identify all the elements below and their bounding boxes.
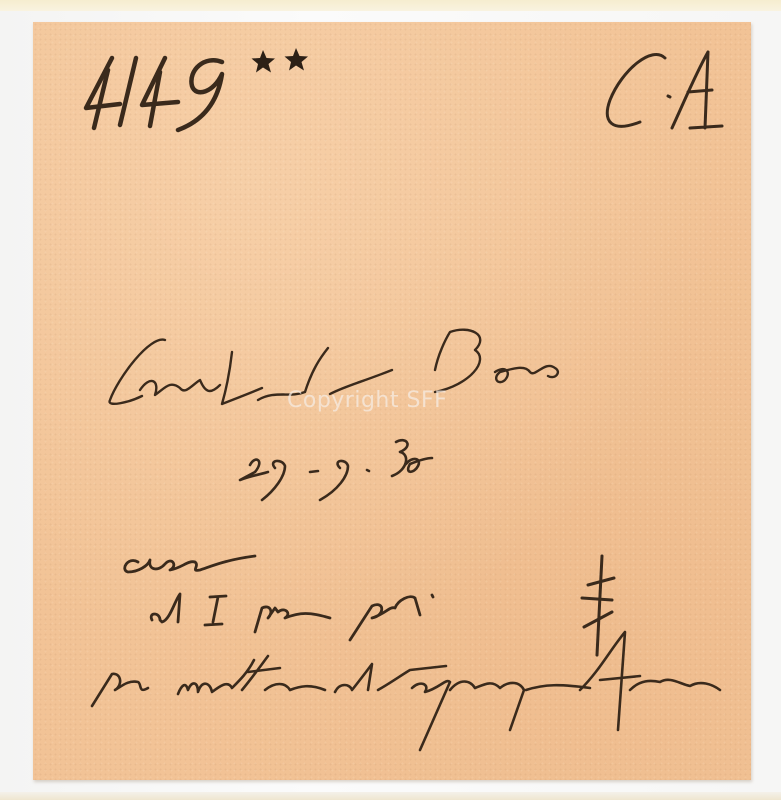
- catalog-number-handwriting: [86, 58, 222, 130]
- margin-cross-mark-icon: [582, 556, 614, 655]
- line-3-handwriting: [92, 632, 720, 750]
- date-handwriting: [240, 440, 432, 500]
- line-1-handwriting: [125, 556, 255, 572]
- line-2-handwriting: [151, 594, 433, 640]
- copyright-watermark: Copyright SFF: [287, 388, 447, 413]
- collection-code-handwriting: [607, 52, 722, 128]
- double-star-icon: [252, 48, 309, 73]
